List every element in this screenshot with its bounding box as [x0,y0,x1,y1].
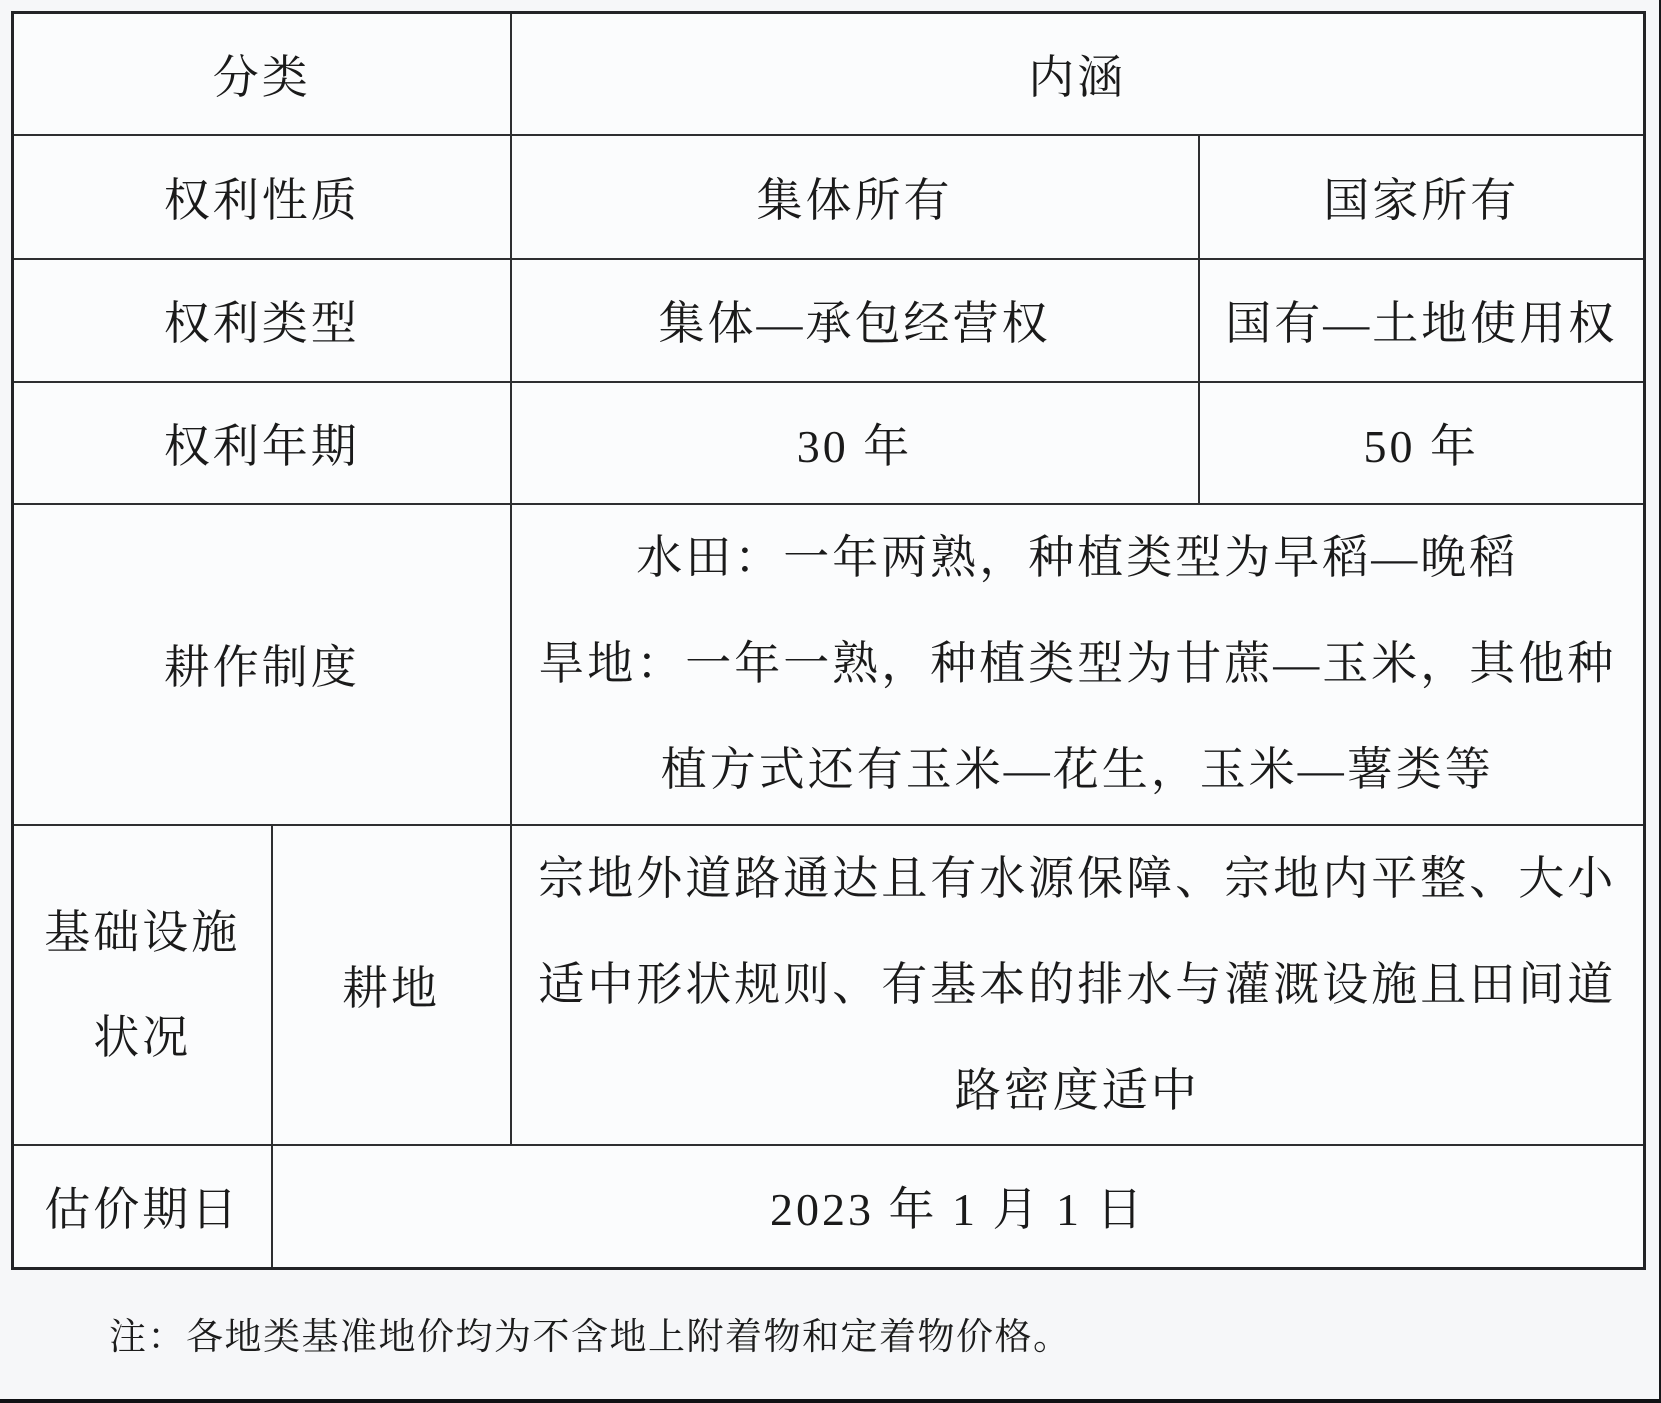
cell-valuation-date-value: 2023 年 1 月 1 日 [272,1145,1645,1269]
meaning-header-label: 内涵 [1028,52,1126,103]
cell-farming-system-label: 耕作制度 [13,504,511,825]
cell-farming-system-content: 水田：一年两熟，种植类型为早稻—晚稻 旱地：一年一熟，种植类型为甘蔗—玉米，其他… [511,504,1645,825]
infrastructure-line-3: 路密度适中 [512,1038,1644,1144]
infrastructure-label-line-2: 状况 [14,985,271,1090]
cell-right-type-collective: 集体—承包经营权 [511,259,1199,382]
right-nature-state-value: 国家所有 [1323,175,1519,226]
right-term-collective-value: 30 年 [797,421,913,472]
cell-right-nature-collective: 集体所有 [511,135,1199,259]
right-type-collective-value: 集体—承包经营权 [659,298,1051,349]
valuation-date-label: 估价期日 [44,1184,240,1235]
valuation-date-value: 2023 年 1 月 1 日 [770,1184,1146,1235]
cell-right-term-state: 50 年 [1199,382,1645,504]
infrastructure-line-2: 适中形状规则、有基本的排水与灌溉设施且田间道 [512,932,1644,1038]
cell-right-type-label: 权利类型 [13,259,511,382]
cell-infrastructure-content: 宗地外道路通达且有水源保障、宗地内平整、大小 适中形状规则、有基本的排水与灌溉设… [511,825,1645,1145]
table-row-right-nature: 权利性质 集体所有 国家所有 [13,135,1645,259]
cell-meaning-header: 内涵 [511,13,1645,135]
infrastructure-land-type-value: 耕地 [342,963,440,1014]
cell-category-header: 分类 [13,13,511,135]
cell-right-term-collective: 30 年 [511,382,1199,504]
table-row-header: 分类 内涵 [13,13,1645,135]
table-row-farming-system: 耕作制度 水田：一年两熟，种植类型为早稻—晚稻 旱地：一年一熟，种植类型为甘蔗—… [13,504,1645,825]
footnote-text: 注：各地类基准地价均为不含地上附着物和定着物价格。 [109,1306,1072,1360]
document-page: 分类 内涵 权利性质 集体所有 国家所有 权利类型 集体—承包经营权 [0,0,1661,1403]
infrastructure-line-1: 宗地外道路通达且有水源保障、宗地内平整、大小 [512,826,1644,932]
right-nature-collective-value: 集体所有 [757,175,953,226]
farming-system-line-2: 旱地：一年一熟，种植类型为甘蔗—玉米，其他种 [512,611,1644,717]
table-row-right-type: 权利类型 集体—承包经营权 国有—土地使用权 [13,259,1645,382]
cell-infrastructure-label: 基础设施 状况 [13,825,272,1145]
category-header-label: 分类 [213,52,311,103]
cell-right-term-label: 权利年期 [13,382,511,504]
table-row-valuation-date: 估价期日 2023 年 1 月 1 日 [13,1145,1645,1269]
table-row-right-term: 权利年期 30 年 50 年 [13,382,1645,504]
farming-system-line-3: 植方式还有玉米—花生，玉米—薯类等 [512,717,1644,823]
land-price-definition-table: 分类 内涵 权利性质 集体所有 国家所有 权利类型 集体—承包经营权 [11,11,1646,1270]
right-type-state-value: 国有—土地使用权 [1225,298,1617,349]
cell-valuation-date-label: 估价期日 [13,1145,272,1269]
right-term-label: 权利年期 [164,421,360,472]
right-type-label: 权利类型 [164,298,360,349]
right-term-state-value: 50 年 [1364,421,1480,472]
cell-right-nature-state: 国家所有 [1199,135,1645,259]
farming-system-line-1: 水田：一年两熟，种植类型为早稻—晚稻 [512,505,1644,611]
right-nature-label: 权利性质 [164,175,360,226]
table-row-infrastructure: 基础设施 状况 耕地 宗地外道路通达且有水源保障、宗地内平整、大小 适中形状规则… [13,825,1645,1145]
infrastructure-label-line-1: 基础设施 [14,880,271,985]
cell-infrastructure-land-type: 耕地 [272,825,511,1145]
farming-system-label: 耕作制度 [164,642,360,693]
cell-right-type-state: 国有—土地使用权 [1199,259,1645,382]
cell-right-nature-label: 权利性质 [13,135,511,259]
